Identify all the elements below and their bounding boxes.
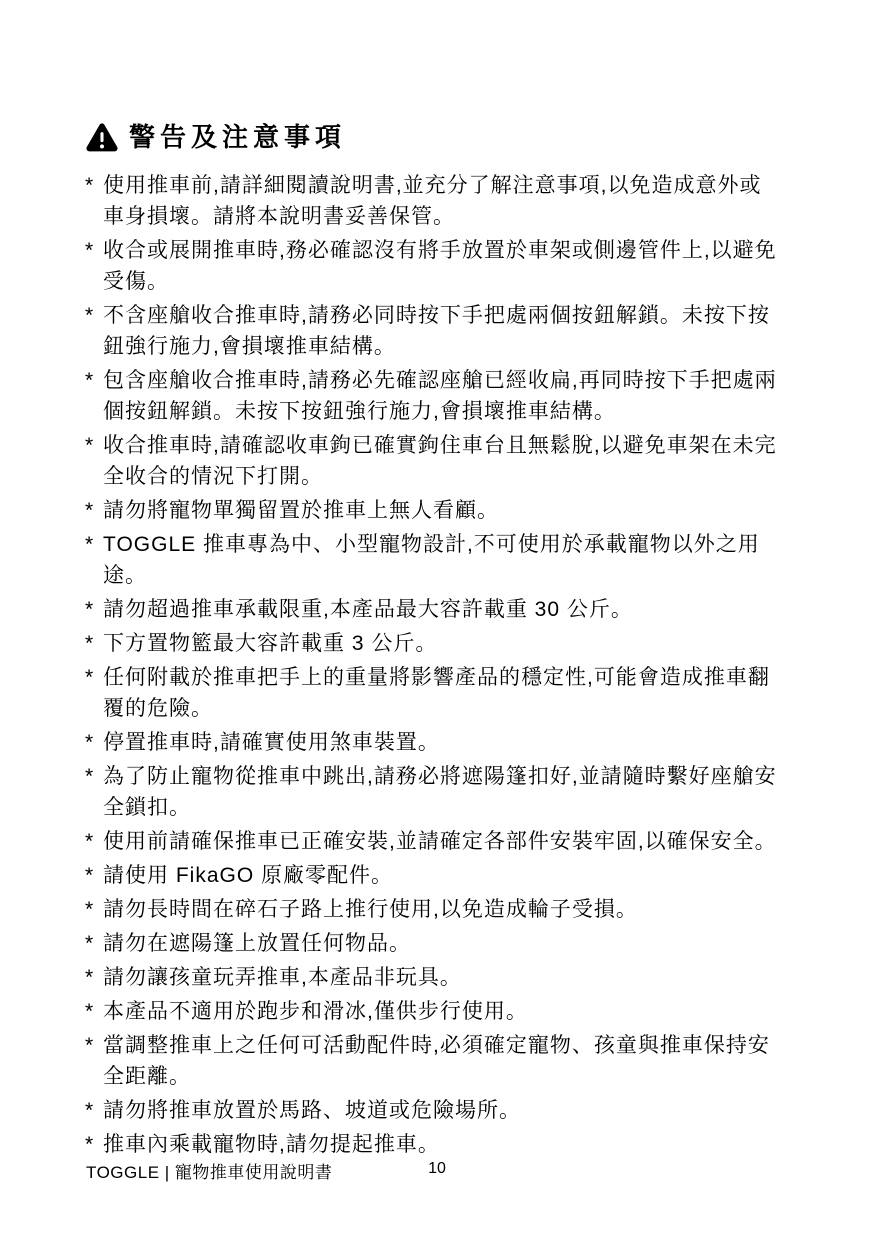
- bullet-marker: *: [85, 170, 93, 201]
- warning-list-item: * 為了防止寵物從推車中跳出,請務必將遮陽篷扣好,並請隨時繫好座艙安全鎖扣。: [85, 761, 779, 823]
- page-number: 10: [0, 1160, 874, 1178]
- warning-list-item: * 任何附載於推車把手上的重量將影響產品的穩定性,可能會造成推車翻覆的危險。: [85, 662, 779, 724]
- warning-text: 請使用 FikaGO 原廠零配件。: [103, 864, 393, 887]
- manual-page: 警告及注意事項 * 使用推車前,請詳細閱讀說明書,並充分了解注意事項,以免造成意…: [0, 0, 874, 1240]
- bullet-marker: *: [85, 430, 93, 461]
- bullet-marker: *: [85, 894, 93, 925]
- warning-list-item: * 收合或展開推車時,務必確認沒有將手放置於車架或側邊管件上,以避免受傷。: [85, 235, 779, 297]
- warning-list: * 使用推車前,請詳細閱讀說明書,並充分了解注意事項,以免造成意外或車身損壞。請…: [85, 170, 779, 1163]
- warning-text: 請勿超過推車承載限重,本產品最大容許載重 30 公斤。: [103, 598, 633, 621]
- warning-text: 請勿在遮陽篷上放置任何物品。: [103, 932, 411, 955]
- warning-list-item: * 請勿超過推車承載限重,本產品最大容許載重 30 公斤。: [85, 594, 779, 625]
- warning-list-item: * 請勿將推車放置於馬路、坡道或危險場所。: [85, 1095, 779, 1126]
- warning-text: 請勿長時間在碎石子路上推行使用,以免造成輪子受損。: [103, 898, 638, 921]
- warning-text: TOGGLE 推車專為中、小型寵物設計,不可使用於承載寵物以外之用途。: [103, 533, 760, 587]
- warning-text: 請勿將推車放置於馬路、坡道或危險場所。: [103, 1099, 521, 1122]
- warning-text: 本產品不適用於跑步和滑冰,僅供步行使用。: [103, 1000, 528, 1023]
- warning-list-item: * 不含座艙收合推車時,請務必同時按下手把處兩個按鈕解鎖。未按下按鈕強行施力,會…: [85, 300, 779, 362]
- section-header: 警告及注意事項: [86, 121, 346, 153]
- warning-list-item: * 收合推車時,請確認收車鉤已確實鉤住車台且無鬆脫,以避免車架在未完全收合的情況…: [85, 430, 779, 492]
- warning-list-item: * 使用推車前,請詳細閱讀說明書,並充分了解注意事項,以免造成意外或車身損壞。請…: [85, 170, 779, 232]
- bullet-marker: *: [85, 1030, 93, 1061]
- warning-text: 收合推車時,請確認收車鉤已確實鉤住車台且無鬆脫,以避免車架在未完全收合的情況下打…: [103, 434, 777, 488]
- warning-text: 下方置物籃最大容許載重 3 公斤。: [103, 632, 437, 655]
- warning-text: 任何附載於推車把手上的重量將影響產品的穩定性,可能會造成推車翻覆的危險。: [103, 666, 770, 720]
- warning-text: 請勿讓孩童玩弄推車,本產品非玩具。: [103, 966, 462, 989]
- warning-triangle-icon: [86, 122, 118, 152]
- warning-text: 為了防止寵物從推車中跳出,請務必將遮陽篷扣好,並請隨時繫好座艙安全鎖扣。: [103, 765, 777, 819]
- bullet-marker: *: [85, 235, 93, 266]
- bullet-marker: *: [85, 727, 93, 758]
- bullet-marker: *: [85, 628, 93, 659]
- warning-list-item: * 停置推車時,請確實使用煞車裝置。: [85, 727, 779, 758]
- warning-list-item: * 當調整推車上之任何可活動配件時,必須確定寵物、孩童與推車保持安全距離。: [85, 1030, 779, 1092]
- warning-list-item: * 請勿讓孩童玩弄推車,本產品非玩具。: [85, 962, 779, 993]
- warning-list-item: * 推車內乘載寵物時,請勿提起推車。: [85, 1129, 779, 1160]
- page-title: 警告及注意事項: [129, 121, 346, 153]
- bullet-marker: *: [85, 860, 93, 891]
- bullet-marker: *: [85, 1129, 93, 1160]
- warning-list-item: * 本產品不適用於跑步和滑冰,僅供步行使用。: [85, 996, 779, 1027]
- warning-list-item: * 下方置物籃最大容許載重 3 公斤。: [85, 628, 779, 659]
- bullet-marker: *: [85, 826, 93, 857]
- warning-text: 收合或展開推車時,務必確認沒有將手放置於車架或側邊管件上,以避免受傷。: [103, 239, 777, 293]
- warning-list-item: * 請使用 FikaGO 原廠零配件。: [85, 860, 779, 891]
- bullet-marker: *: [85, 928, 93, 959]
- bullet-marker: *: [85, 996, 93, 1027]
- bullet-marker: *: [85, 300, 93, 331]
- bullet-marker: *: [85, 662, 93, 693]
- bullet-marker: *: [85, 495, 93, 526]
- bullet-marker: *: [85, 1095, 93, 1126]
- bullet-marker: *: [85, 529, 93, 560]
- warning-list-item: * 請勿將寵物單獨留置於推車上無人看顧。: [85, 495, 779, 526]
- bullet-marker: *: [85, 365, 93, 396]
- warning-text: 請勿將寵物單獨留置於推車上無人看顧。: [103, 499, 499, 522]
- warning-text: 推車內乘載寵物時,請勿提起推車。: [103, 1133, 440, 1156]
- warning-text: 不含座艙收合推車時,請務必同時按下手把處兩個按鈕解鎖。未按下按鈕強行施力,會損壞…: [103, 304, 770, 358]
- bullet-marker: *: [85, 761, 93, 792]
- bullet-marker: *: [85, 962, 93, 993]
- warning-list-item: * TOGGLE 推車專為中、小型寵物設計,不可使用於承載寵物以外之用途。: [85, 529, 779, 591]
- warning-text: 使用推車前,請詳細閱讀說明書,並充分了解注意事項,以免造成意外或車身損壞。請將本…: [103, 174, 762, 228]
- page-footer: TOGGLE | 寵物推車使用說明書 10: [0, 1158, 874, 1184]
- warning-text: 停置推車時,請確實使用煞車裝置。: [103, 731, 440, 754]
- warning-list-item: * 使用前請確保推車已正確安裝,並請確定各部件安裝牢固,以確保安全。: [85, 826, 779, 857]
- warning-text: 當調整推車上之任何可活動配件時,必須確定寵物、孩童與推車保持安全距離。: [103, 1034, 770, 1088]
- warning-text: 使用前請確保推車已正確安裝,並請確定各部件安裝牢固,以確保安全。: [103, 830, 777, 853]
- warning-list-item: * 請勿在遮陽篷上放置任何物品。: [85, 928, 779, 959]
- warning-list-item: * 請勿長時間在碎石子路上推行使用,以免造成輪子受損。: [85, 894, 779, 925]
- bullet-marker: *: [85, 594, 93, 625]
- warning-text: 包含座艙收合推車時,請務必先確認座艙已經收扁,再同時按下手把處兩個按鈕解鎖。未按…: [103, 369, 777, 423]
- warning-list-item: * 包含座艙收合推車時,請務必先確認座艙已經收扁,再同時按下手把處兩個按鈕解鎖。…: [85, 365, 779, 427]
